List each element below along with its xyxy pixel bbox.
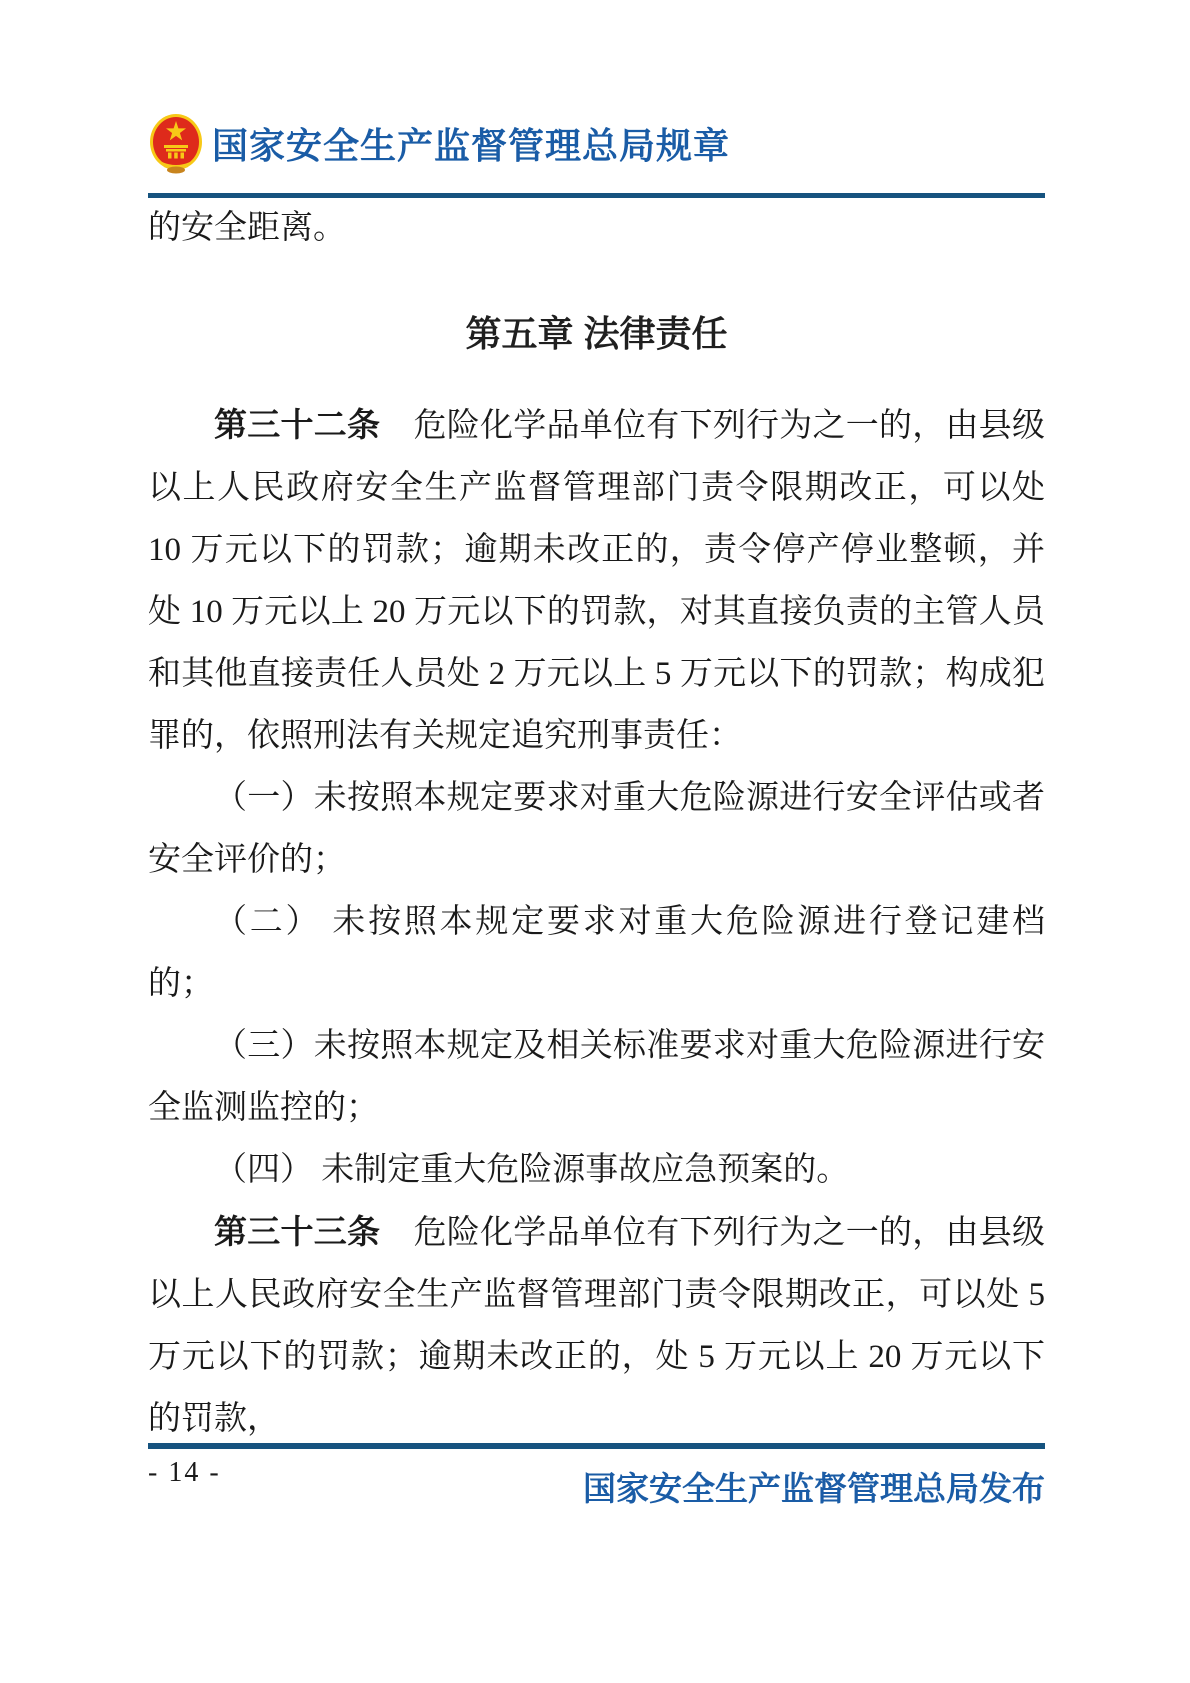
article-32-item-2: （二） 未按照本规定要求对重大危险源进行登记建档的； xyxy=(148,891,1045,1015)
article-32-paragraph: 第三十二条 危险化学品单位有下列行为之一的，由县级以上人民政府安全生产监督管理部… xyxy=(148,394,1045,767)
footer-publisher: 国家安全生产监督管理总局发布 xyxy=(148,1467,1045,1511)
article-32-item-3: （三）未按照本规定及相关标准要求对重大危险源进行安全监测监控的； xyxy=(148,1015,1045,1139)
chapter-heading: 第五章 法律责任 xyxy=(148,312,1045,356)
article-32-item-4: （四） 未制定重大危险源事故应急预案的。 xyxy=(148,1139,1045,1201)
national-emblem-icon xyxy=(148,112,204,174)
header-agency-title: 国家安全生产监督管理总局规章 xyxy=(212,118,730,169)
continuation-line: 的安全距离。 xyxy=(148,197,1045,259)
document-body: 的安全距离。 第五章 法律责任 第三十二条 危险化学品单位有下列行为之一的，由县… xyxy=(148,197,1045,1490)
article-32-item-1: （一）未按照本规定要求对重大危险源进行安全评估或者安全评价的； xyxy=(148,767,1045,891)
footer-rule xyxy=(148,1443,1045,1449)
page-header: 国家安全生产监督管理总局规章 xyxy=(148,110,1045,176)
document-page: 国家安全生产监督管理总局规章 的安全距离。 第五章 法律责任 第三十二条 危险化… xyxy=(0,0,1190,1683)
article-33-number: 第三十三条 xyxy=(214,1213,380,1250)
article-32-text: 危险化学品单位有下列行为之一的，由县级以上人民政府安全生产监督管理部门责令限期改… xyxy=(148,408,1045,754)
article-32-number: 第三十二条 xyxy=(214,406,380,443)
article-33-paragraph: 第三十三条 危险化学品单位有下列行为之一的，由县级以上人民政府安全生产监督管理部… xyxy=(148,1201,1045,1450)
